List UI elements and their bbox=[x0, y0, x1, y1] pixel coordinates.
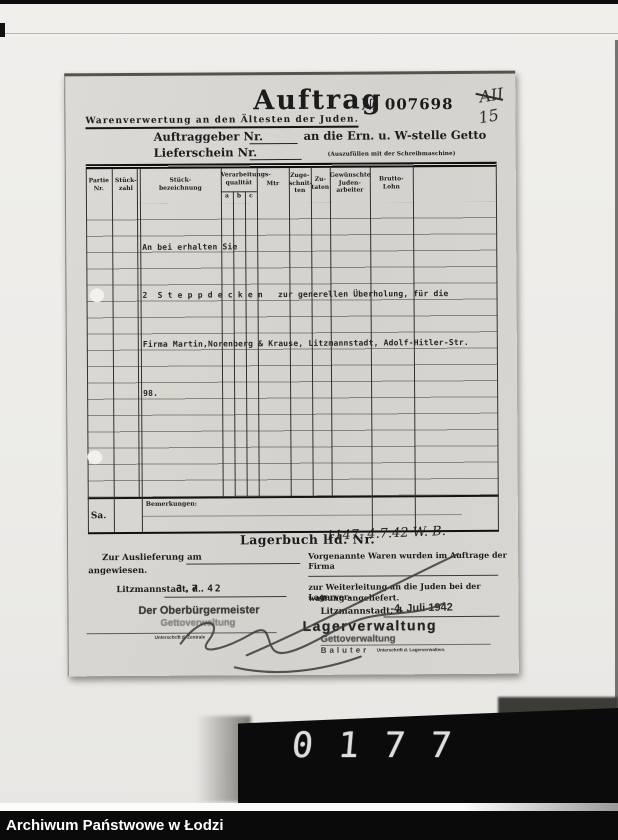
film-edge-mark bbox=[0, 23, 5, 37]
col-header-qualitaet: Verarbeitungs- qualität bbox=[221, 171, 257, 186]
typed-line: 2 S t e p p d e c k e n zur generellen Ü… bbox=[142, 286, 468, 304]
typed-order-text: An bei erhalten Sie 2 S t e p p d e c k … bbox=[142, 205, 469, 435]
remarks-label: Bemerkungen: bbox=[146, 501, 197, 508]
col-header-judenarbeiter: Gewünschte Juden- arbeiter bbox=[330, 172, 370, 195]
col-header-partie-nr: Partie Nr. bbox=[86, 177, 112, 192]
typed-line: An bei erhalten Sie bbox=[142, 238, 468, 256]
archive-name-label: Archiwum Państwowe w Łodzi bbox=[6, 811, 224, 840]
auftraggeber-blank-field bbox=[250, 142, 298, 144]
quality-subcol-c: c bbox=[245, 192, 257, 199]
col-header-zugeschnitten: Zuge- schnit- ten bbox=[289, 172, 311, 195]
col-header-bezeichnung: Stück- bezeichnung bbox=[140, 176, 221, 191]
col-header-zutaten: Zu- taten bbox=[311, 176, 330, 191]
hole-punch bbox=[87, 449, 102, 464]
recipient-line: an die Ern. u. W-stelle Getto bbox=[304, 128, 487, 143]
handwritten-page-number: 15 bbox=[477, 105, 500, 127]
lieferschein-blank-field bbox=[250, 158, 302, 160]
remarks-line bbox=[142, 514, 462, 517]
archive-caption-bar: Archiwum Państwowe w Łodzi bbox=[0, 811, 618, 840]
col-header-bruttolohn: Brutto- Lohn bbox=[370, 175, 413, 190]
auftraggeber-label: Auftraggeber Nr. bbox=[154, 129, 263, 144]
film-scratch-line bbox=[0, 33, 618, 34]
film-edge-top bbox=[0, 0, 618, 4]
col-header-mtr: Mtr bbox=[257, 180, 289, 188]
subject-line: Warenverwertung an den Ältesten der Jude… bbox=[85, 115, 359, 130]
order-table: Partie Nr. Stück- zahl Stück- bezeichnun… bbox=[86, 162, 499, 535]
table-top-rule bbox=[86, 162, 497, 170]
lieferschein-label: Lieferschein Nr. bbox=[154, 145, 258, 160]
typewriter-note: (Auszufüllen mit der Schreibmaschine) bbox=[328, 151, 456, 158]
typed-line: 98. bbox=[143, 384, 469, 402]
quality-subcol-a: a bbox=[221, 192, 233, 199]
frame-counter-display: 0177 bbox=[290, 726, 478, 766]
auftrag-document: Auftrag № 007698 AII 15 Warenverwertung … bbox=[64, 71, 519, 677]
col-header-stueckzahl: Stück- zahl bbox=[112, 177, 140, 192]
signature-handwriting bbox=[138, 542, 469, 684]
hole-punch bbox=[89, 287, 104, 302]
microfilm-photo-frame: Auftrag № 007698 AII 15 Warenverwertung … bbox=[0, 0, 618, 840]
sum-label: Sa. bbox=[91, 511, 107, 521]
quality-subcol-b: b bbox=[233, 192, 245, 199]
typed-line: Firma Martin,Norenberg & Krause, Litzman… bbox=[143, 335, 469, 353]
order-number: № 007698 bbox=[361, 95, 453, 114]
